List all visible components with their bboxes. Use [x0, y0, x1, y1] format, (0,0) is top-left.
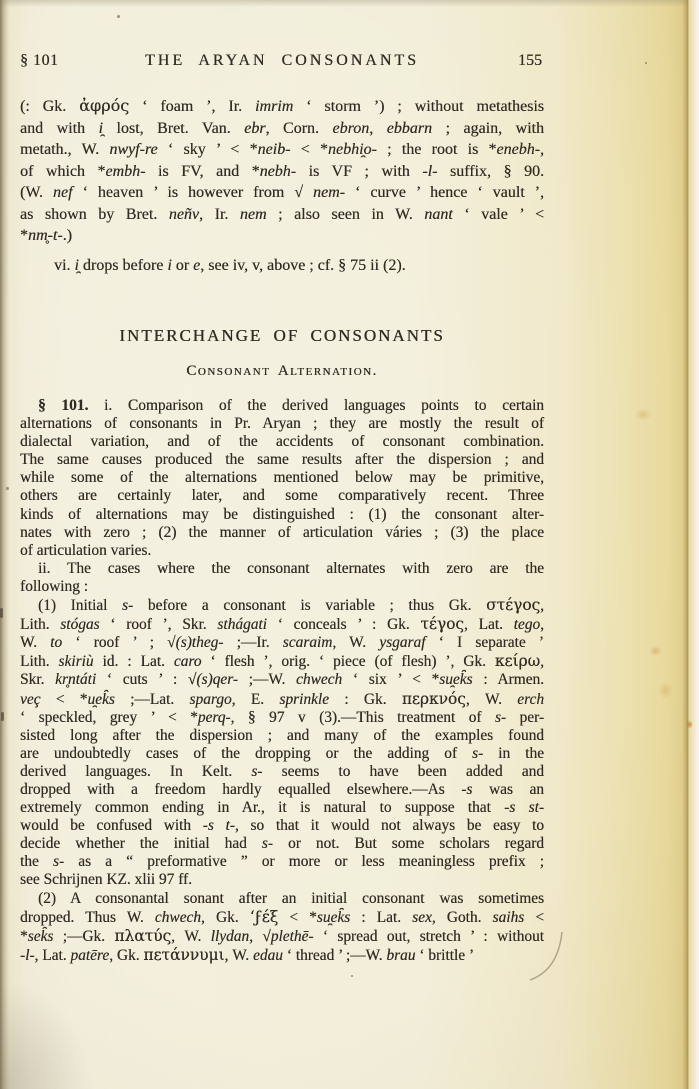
text-segment: ; also seen in W.: [267, 206, 425, 223]
page-left-edge: [0, 0, 8, 1089]
text-segment: drops before: [79, 257, 167, 274]
text-line: are undoubtedly cases of the dropping or…: [20, 745, 544, 763]
text-segment: while some of the alternations mentioned…: [20, 469, 544, 486]
text-line: veç < *u̯ek̑s ;—Lat. spargo, E. sprinkle…: [20, 690, 544, 709]
text-segment: kinds of alternations may be distinguish…: [20, 506, 544, 523]
text-segment: (s)theg-: [176, 634, 224, 651]
text-line: *sek̑s ;—Gk. πλατύς, W. llydan, √plethē-…: [20, 927, 544, 946]
text-segment: s-: [495, 709, 506, 726]
text-segment: u̯ek̑s: [87, 691, 114, 708]
text-segment: stógas: [60, 616, 99, 633]
text-segment: , Gk.: [109, 947, 143, 964]
text-segment: decide whether the initial had: [20, 835, 262, 852]
text-segment: ,: [540, 616, 544, 633]
text-segment: ebbarn: [387, 120, 432, 137]
text-segment: .): [63, 227, 72, 244]
text-segment: su̯ek̑s: [317, 909, 350, 926]
text-segment: seems to have been added and: [262, 763, 544, 780]
text-segment: (1) Initial: [38, 597, 122, 614]
text-segment: ‘ foam ’, Ir.: [129, 98, 255, 115]
text-segment: sthágati: [217, 616, 267, 633]
subsection-heading: Consonant Alternation.: [20, 363, 544, 380]
text-line: vi. i̯ drops before i or e, see iv, v, a…: [20, 255, 544, 277]
text-segment: brau: [386, 947, 415, 964]
text-segment: ebr: [244, 120, 265, 137]
text-segment: alternations of consonants in Pr. Aryan …: [20, 415, 544, 432]
text-segment: or: [172, 257, 193, 274]
text-segment: -l-: [20, 947, 35, 964]
ink-speck: [645, 62, 647, 64]
text-segment: is FV, and *: [145, 163, 259, 180]
text-line: (: Gk. ἀφρός ‘ foam ’, Ir. imrim ‘ storm…: [20, 95, 544, 118]
text-segment: ‘ roof ’, Skr.: [100, 616, 218, 633]
text-segment: , so that it would not always be easy to: [235, 817, 544, 834]
text-line: the s- as a “ preformative ” or more or …: [20, 853, 544, 871]
page-corner-shadow: [0, 949, 120, 1089]
text-segment: : Armen.: [473, 671, 544, 688]
text-segment: vi.: [54, 257, 74, 274]
text-segment: , W.: [225, 947, 254, 964]
text-line: (W. nef ‘ heaven ’ is however from √ nem…: [20, 182, 544, 204]
text-segment: *: [20, 227, 28, 244]
text-segment: nem: [240, 206, 267, 223]
text-segment: W.: [20, 634, 50, 651]
text-block-upper: (: Gk. ἀφρός ‘ foam ’, Ir. imrim ‘ storm…: [20, 95, 544, 276]
text-segment: ‘ conceals ’ : Gk.: [267, 616, 420, 633]
text-segment: (W.: [20, 184, 53, 201]
text-segment: was an: [472, 781, 544, 798]
paragraph-continuation: (: Gk. ἀφρός ‘ foam ’, Ir. imrim ‘ storm…: [20, 95, 544, 247]
text-segment: ‘ curve ’ hence ‘ vault ’,: [345, 184, 544, 201]
text-segment: , Ir.: [199, 206, 240, 223]
text-segment: , Lat.: [35, 947, 71, 964]
text-segment: ‘ sky ’ < *: [158, 141, 258, 158]
text-segment: su̯ek̑s: [439, 671, 472, 688]
text-segment: < *: [41, 691, 88, 708]
text-line: decide whether the initial had s- or not…: [20, 835, 544, 853]
text-segment: , Lat.: [464, 616, 514, 633]
text-segment: § 101.: [38, 397, 88, 414]
page-right-edge-seam: [682, 0, 699, 1089]
text-segment: -l-: [422, 163, 437, 180]
text-segment: nant: [424, 206, 452, 223]
text-segment: , W.: [171, 928, 211, 945]
text-segment: i. Comparison of the derived languages p…: [88, 397, 544, 414]
text-segment: τέγος: [420, 615, 464, 633]
text-segment: dropped with a freedom hardly equalled e…: [20, 781, 461, 798]
text-segment: spargo: [189, 691, 231, 708]
text-segment: s-: [472, 745, 483, 762]
text-segment: ‘ϝέξ: [250, 908, 278, 926]
text-segment: (2) A consonantal sonant after an initia…: [38, 890, 544, 907]
running-title: THE ARYAN CONSONANTS: [20, 52, 544, 70]
item-2-consonantal-sonant: (2) A consonantal sonant after an initia…: [20, 890, 544, 965]
ink-speck: [117, 15, 120, 18]
item-vi: vi. i̯ drops before i or e, see iv, v, a…: [20, 255, 544, 277]
text-line: (2) A consonantal sonant after an initia…: [20, 890, 544, 908]
text-segment: dialectal variation, and of the accident…: [20, 433, 544, 450]
text-line: others are certainly later, and some com…: [20, 487, 544, 505]
text-segment: <: [524, 909, 544, 926]
text-line: derived languages. In Kelt. s- seems to …: [20, 763, 544, 781]
text-segment: extremely common ending in Ar., it is na…: [20, 799, 504, 816]
text-line: while some of the alternations mentioned…: [20, 469, 544, 487]
text-segment: sex: [412, 909, 432, 926]
text-segment: following :: [20, 578, 88, 595]
text-segment: , Corn.: [266, 120, 333, 137]
text-segment: nm̥-t-: [28, 227, 63, 244]
text-segment: nebh-: [260, 163, 296, 180]
text-line: as shown by Bret. neñv, Ir. nem ; also s…: [20, 204, 544, 226]
text-line: (1) Initial s- before a consonant is var…: [20, 596, 544, 615]
text-segment: ‘ speckled, grey ’ < *: [20, 709, 198, 726]
text-segment: edau: [253, 947, 283, 964]
text-segment: scaraim: [283, 634, 333, 651]
text-line: The same causes produced the same result…: [20, 451, 544, 469]
text-segment: ;—Ir.: [223, 634, 282, 651]
text-segment: -s st-: [504, 799, 544, 816]
text-segment: Lith.: [20, 653, 58, 670]
text-segment: ‘ storm ’) ; without metathesis: [293, 98, 544, 115]
text-segment: < *: [278, 909, 317, 926]
text-segment: , W.: [332, 634, 379, 651]
item-ii: ii. The cases where the consonant altern…: [20, 560, 544, 596]
text-segment: Lith.: [20, 616, 60, 633]
text-segment: sek̑s: [28, 928, 54, 945]
text-segment: of which *: [20, 163, 105, 180]
text-segment: ἀφρός: [79, 96, 129, 115]
foxing-stain: [649, 646, 662, 656]
foxing-stain: [634, 408, 652, 421]
text-segment: or not. But some scholars regard: [273, 835, 544, 852]
text-segment: ‘ thread ’ ;—W.: [283, 947, 386, 964]
text-segment: id. : Lat.: [94, 653, 174, 670]
text-segment: in the: [483, 745, 544, 762]
text-line: sisted long after the dispersion ; and m…: [20, 727, 544, 745]
text-line: dropped. Thus W. chwech, Gk. ‘ϝέξ < *su̯…: [20, 908, 544, 927]
text-segment: , Goth.: [432, 909, 493, 926]
text-segment: Skr.: [20, 671, 55, 688]
text-segment: plethē-: [271, 928, 314, 945]
section-101-i: § 101. i. Comparison of the derived lang…: [20, 397, 544, 560]
text-segment: as a “ preformative ” or more or less me…: [64, 853, 544, 870]
text-segment: see Schrijnen KZ. xlii 97 ff.: [20, 871, 192, 888]
text-segment: sprinkle: [279, 691, 329, 708]
text-segment: ebron: [332, 120, 369, 137]
text-segment: , Gk.: [201, 909, 250, 926]
text-segment: ‘ heaven ’ is however from √: [73, 184, 313, 201]
text-line: dialectal variation, and of the accident…: [20, 433, 544, 451]
text-segment: πλατύς: [114, 927, 171, 945]
text-segment: ‘ flesh ’, orig. ‘ piece (of flesh) ’, G…: [201, 653, 494, 670]
text-segment: enebh-: [496, 141, 540, 158]
page-top-edge: [0, 0, 699, 7]
item-1-initial-s: (1) Initial s- before a consonant is var…: [20, 596, 544, 890]
text-segment: s-: [251, 763, 262, 780]
text-segment: στέγος: [486, 596, 540, 614]
text-segment: ‘ I separate ’: [425, 634, 544, 651]
text-segment: , W.: [466, 691, 517, 708]
text-segment: ;—Gk.: [53, 928, 114, 945]
text-segment: and with: [20, 120, 99, 137]
text-segment: nem-: [313, 184, 345, 201]
text-segment: caro: [174, 653, 202, 670]
text-line: would be confused with -s t-, so that it…: [20, 817, 544, 835]
text-segment: nebhi̯o-: [328, 141, 377, 158]
text-line: nates with zero ; (2) the manner of arti…: [20, 524, 544, 542]
text-segment: κείρω: [495, 652, 540, 670]
text-line: and with i̯ lost, Bret. Van. ebr, Corn. …: [20, 118, 544, 140]
text-line: dropped with a freedom hardly equalled e…: [20, 781, 544, 799]
text-segment: others are certainly later, and some com…: [20, 487, 544, 504]
text-segment: ,: [540, 141, 544, 158]
text-line: -l-, Lat. patēre, Gk. πετάννυμι, W. edau…: [20, 946, 544, 965]
text-segment: , § 97 v (3).—This treatment of: [231, 709, 495, 726]
text-line: following :: [20, 578, 544, 596]
text-segment: ysgaraf: [379, 634, 425, 651]
text-segment: (: Gk.: [20, 98, 79, 115]
text-segment: suffix, § 90.: [437, 163, 544, 180]
text-segment: : Lat.: [350, 909, 412, 926]
text-segment: ; the root is *: [377, 141, 497, 158]
text-line: of articulation varies.: [20, 542, 544, 560]
text-segment: ; again, with: [432, 120, 544, 137]
text-segment: imrim: [255, 98, 293, 115]
text-segment: πετάννυμι: [143, 946, 224, 964]
text-segment: s-: [262, 835, 273, 852]
text-segment: would be confused with: [20, 817, 203, 834]
text-segment: as shown by Bret.: [20, 206, 169, 223]
text-segment: the: [20, 853, 53, 870]
text-segment: ,: [540, 597, 544, 614]
text-segment: The same causes produced the same result…: [20, 451, 544, 468]
text-segment: ‘ vale ’ <: [453, 206, 544, 223]
text-line: ‘ speckled, grey ’ < *perq-, § 97 v (3).…: [20, 709, 544, 727]
text-segment: is VF ; with: [296, 163, 422, 180]
text-line: Lith. stógas ‘ roof ’, Skr. sthágati ‘ c…: [20, 615, 544, 634]
foxing-stain: [658, 682, 673, 699]
text-segment: ‘ roof ’ ; √: [62, 634, 175, 651]
text-line: alternations of consonants in Pr. Aryan …: [20, 415, 544, 433]
text-segment: , see iv, v, above ; cf. § 75 ii (2).: [200, 257, 405, 274]
text-segment: patēre: [70, 947, 109, 964]
text-line: Skr. kr̥ntáti ‘ cuts ’ : √(s)qer- ;—W. c…: [20, 671, 544, 689]
text-segment: nwyf-re: [109, 141, 157, 158]
running-header: § 101 THE ARYAN CONSONANTS 155: [20, 52, 544, 74]
text-segment: ;—Lat.: [115, 691, 190, 708]
text-line: of which *embh- is FV, and *nebh- is VF …: [20, 161, 544, 183]
text-segment: per-: [506, 709, 544, 726]
text-segment: sisted long after the dispersion ; and m…: [20, 727, 544, 744]
text-segment: before a consonant is variable ; thus Gk…: [133, 597, 486, 614]
text-segment: ‘ cuts ’ : √: [96, 671, 196, 688]
text-segment: : Gk.: [329, 691, 402, 708]
text-line: metath., W. nwyf-re ‘ sky ’ < *neib- < *…: [20, 139, 544, 161]
text-segment: nates with zero ; (2) the manner of arti…: [20, 524, 544, 541]
scanned-book-page: § 101 THE ARYAN CONSONANTS 155 (: Gk. ἀφ…: [0, 0, 699, 1089]
text-segment: s-: [53, 853, 64, 870]
text-segment: s-: [122, 597, 133, 614]
text-segment: perq-: [198, 709, 231, 726]
text-segment: derived languages. In Kelt.: [20, 763, 251, 780]
text-segment: , E.: [232, 691, 280, 708]
text-segment: embh-: [105, 163, 145, 180]
text-segment: neib-: [258, 141, 291, 158]
text-line: § 101. i. Comparison of the derived lang…: [20, 397, 544, 415]
text-segment: ‘ brittle ’: [415, 947, 474, 964]
text-block-lower: § 101. i. Comparison of the derived lang…: [20, 397, 544, 965]
text-segment: tego: [514, 616, 541, 633]
text-segment: chwech: [296, 671, 342, 688]
text-segment: (s)qer-: [196, 671, 238, 688]
text-segment: are undoubtedly cases of the dropping or…: [20, 745, 472, 762]
ink-speck: [351, 975, 353, 977]
text-segment: to: [50, 634, 62, 651]
text-segment: kr̥ntáti: [55, 671, 96, 688]
text-line: see Schrijnen KZ. xlii 97 ff.: [20, 871, 544, 889]
text-segment: -s t-: [203, 817, 235, 834]
text-segment: veç: [20, 691, 41, 708]
text-segment: nef: [53, 184, 73, 201]
text-segment: ‘ spread out, stretch ’ : without: [314, 928, 545, 945]
text-segment: lost, Bret. Van.: [103, 120, 244, 137]
text-segment: skiriù: [58, 653, 93, 670]
page-number: 155: [518, 52, 542, 70]
text-segment: of articulation varies.: [20, 542, 151, 559]
text-segment: , √: [249, 928, 271, 945]
text-line: Lith. skiriù id. : Lat. caro ‘ flesh ’, …: [20, 652, 544, 671]
text-segment: ‘ six ’ < *: [342, 671, 439, 688]
text-segment: metath., W.: [20, 141, 109, 158]
text-segment: *: [20, 928, 28, 945]
text-segment: neñv: [169, 206, 199, 223]
text-segment: dropped. Thus W.: [20, 909, 155, 926]
text-line: extremely common ending in Ar., it is na…: [20, 799, 544, 817]
text-segment: ,: [540, 653, 544, 670]
text-segment: ,: [369, 120, 386, 137]
text-segment: < *: [290, 141, 328, 158]
section-heading: INTERCHANGE OF CONSONANTS: [20, 326, 544, 346]
text-segment: chwech: [155, 909, 201, 926]
text-segment: saihs: [493, 909, 525, 926]
text-segment: ii. The cases where the consonant altern…: [38, 560, 544, 577]
text-line: W. to ‘ roof ’ ; √(s)theg- ;—Ir. scaraim…: [20, 634, 544, 652]
text-segment: llydan: [211, 928, 249, 945]
text-segment: erch: [517, 691, 544, 708]
text-segment: περκνός: [402, 690, 466, 708]
text-segment: ;—W.: [238, 671, 296, 688]
text-line: kinds of alternations may be distinguish…: [20, 506, 544, 524]
text-line: ii. The cases where the consonant altern…: [20, 560, 544, 578]
text-line: *nm̥-t-.): [20, 225, 544, 247]
text-segment: -s: [461, 781, 472, 798]
